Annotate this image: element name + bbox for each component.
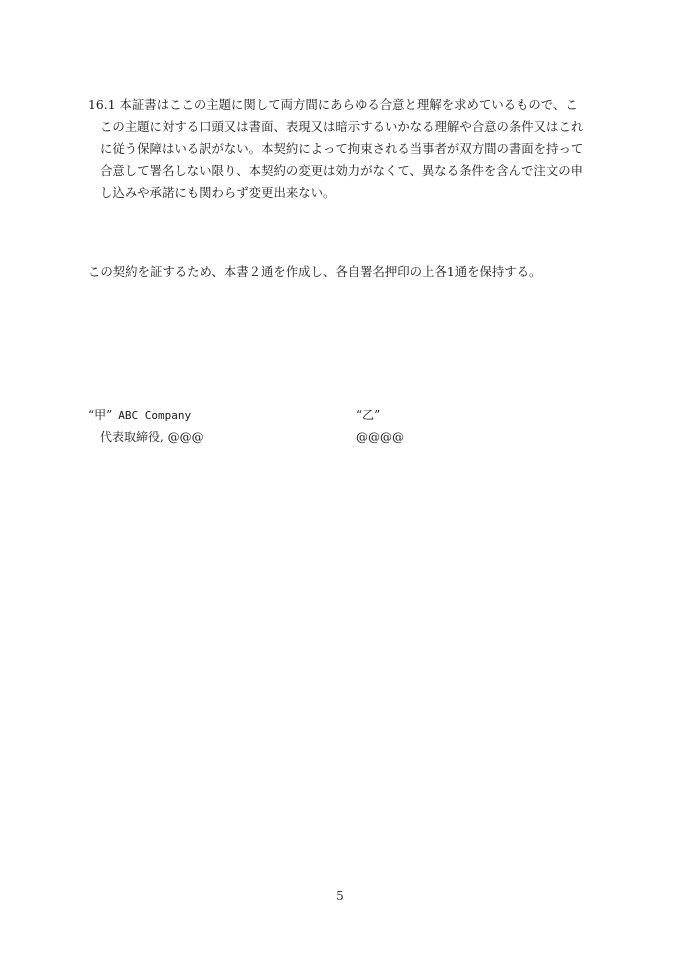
clause-line: 合意して署名しない限り、本契約の変更は効力がなくて、異なる条件を含んで注文の申: [88, 160, 598, 182]
party-b-label: “乙”: [356, 408, 380, 422]
party-a-heading: “甲”ABC Company: [88, 404, 204, 426]
clause-line: し込みや承諾にも関わらず変更出来ない。: [88, 182, 598, 204]
page-number: 5: [0, 889, 680, 903]
clause-line: この主題に対する口頭又は書面、表現又は暗示するいかなる理解や合意の条件又はこれ: [88, 116, 598, 138]
party-b-representative: @@@@: [356, 426, 404, 448]
party-a-label: “甲”: [88, 408, 112, 422]
signature-block-party-a: “甲”ABC Company 代表取締役, @@@: [88, 404, 204, 448]
party-a-representative: 代表取締役, @@@: [88, 426, 204, 448]
witness-statement: この契約を証するため、本書２通を作成し、各自署名押印の上各1通を保持する。: [88, 261, 541, 283]
clause-line: 16.1 本証書はここの主題に関して両方間にあらゆる合意と理解を求めているもので…: [88, 94, 598, 116]
signature-block-party-b: “乙” @@@@: [356, 404, 404, 448]
document-page: 16.1 本証書はここの主題に関して両方間にあらゆる合意と理解を求めているもので…: [0, 0, 680, 962]
clause-line: に従う保障はいる訳がない。本契約によって拘束される当事者が双方間の書面を持って: [88, 138, 598, 160]
clause-16-1: 16.1 本証書はここの主題に関して両方間にあらゆる合意と理解を求めているもので…: [88, 94, 598, 204]
party-b-heading: “乙”: [356, 404, 404, 426]
party-a-company-name: ABC Company: [118, 409, 191, 422]
